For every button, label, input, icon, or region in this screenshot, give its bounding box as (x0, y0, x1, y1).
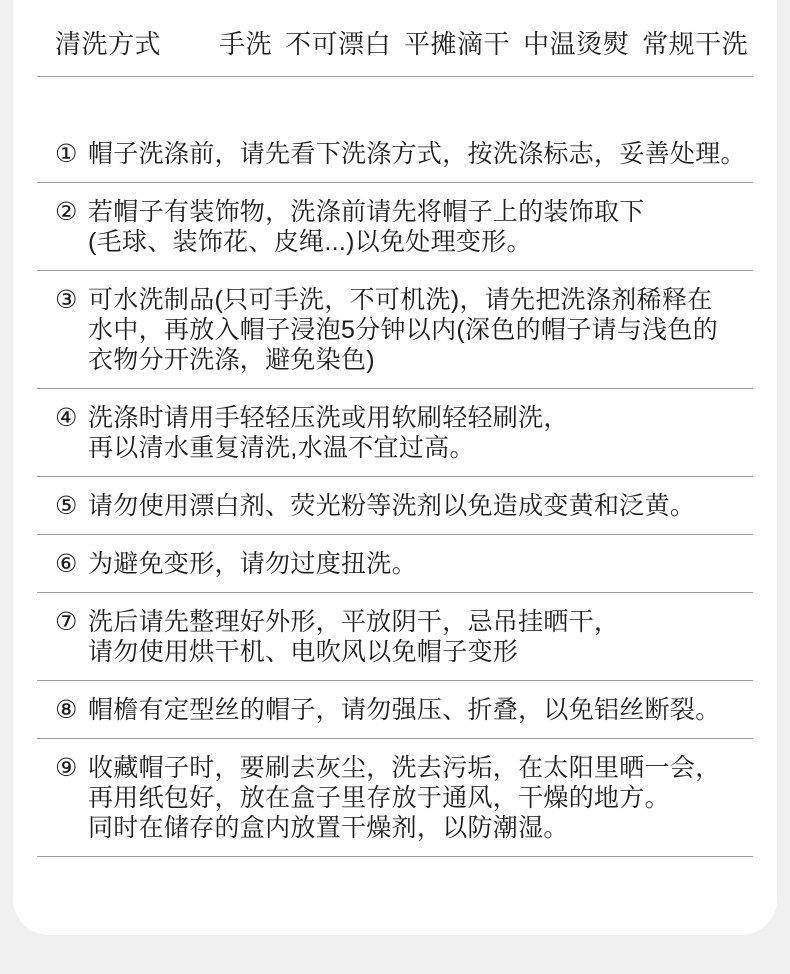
item-number-8: ⑧ (55, 695, 88, 725)
instruction-line: 收藏帽子时，要刷去灰尘，洗去污垢，在太阳里晒一会， (88, 753, 753, 783)
instruction-item-3: ③ 可水洗制品(只可手洗，不可机洗)，请先把洗涤剂稀释在 水中，再放入帽子浸泡5… (37, 271, 753, 389)
instruction-line: 洗涤时请用手轻轻压洗或用软刷轻轻刷洗， (88, 403, 753, 433)
instruction-line: (毛球、装饰花、皮绳...)以免处理变形。 (88, 227, 753, 257)
wash-method-tag: 手洗 (219, 26, 272, 62)
instruction-line: 帽檐有定型丝的帽子，请勿强压、折叠，以免铝丝断裂。 (88, 695, 753, 725)
instruction-item-4: ④ 洗涤时请用手轻轻压洗或用软刷轻轻刷洗， 再以清水重复清洗,水温不宜过高。 (37, 389, 753, 477)
instruction-line: 可水洗制品(只可手洗，不可机洗)，请先把洗涤剂稀释在 (88, 285, 753, 315)
item-text: 请勿使用漂白剂、荧光粉等洗剂以免造成变黄和泛黄。 (88, 491, 753, 521)
instruction-line: 再以清水重复清洗,水温不宜过高。 (88, 433, 753, 463)
instruction-line: 同时在储存的盒内放置干燥剂，以防潮湿。 (88, 813, 753, 843)
wash-method-tag: 不可漂白 (285, 26, 391, 62)
wash-method-tags: 手洗 不可漂白 平摊滴干 中温烫熨 常规干洗 (219, 26, 748, 62)
instruction-item-2: ② 若帽子有装饰物，洗涤前请先将帽子上的装饰取下 (毛球、装饰花、皮绳...)以… (37, 183, 753, 271)
instruction-item-8: ⑧ 帽檐有定型丝的帽子，请勿强压、折叠，以免铝丝断裂。 (37, 681, 753, 739)
item-text: 为避免变形，请勿过度扭洗。 (88, 549, 753, 579)
instruction-line: 水中，再放入帽子浸泡5分钟以内(深色的帽子请与浅色的 (88, 315, 753, 345)
wash-method-header: 清洗方式 手洗 不可漂白 平摊滴干 中温烫熨 常规干洗 (37, 0, 753, 62)
instruction-item-7: ⑦ 洗后请先整理好外形，平放阴干，忌吊挂晒干， 请勿使用烘干机、电吹风以免帽子变… (37, 593, 753, 681)
item-number-4: ④ (55, 403, 88, 433)
care-instructions-card: 清洗方式 手洗 不可漂白 平摊滴干 中温烫熨 常规干洗 ① 帽子洗涤前，请先看下… (13, 0, 777, 935)
item-text: 洗后请先整理好外形，平放阴干，忌吊挂晒干， 请勿使用烘干机、电吹风以免帽子变形 (88, 607, 753, 667)
card-inner: 清洗方式 手洗 不可漂白 平摊滴干 中温烫熨 常规干洗 ① 帽子洗涤前，请先看下… (13, 0, 777, 857)
item-number-6: ⑥ (55, 549, 88, 579)
item-text: 若帽子有装饰物，洗涤前请先将帽子上的装饰取下 (毛球、装饰花、皮绳...)以免处… (88, 197, 753, 257)
item-number-5: ⑤ (55, 491, 88, 521)
item-number-2: ② (55, 197, 88, 227)
wash-method-tag: 常规干洗 (642, 26, 748, 62)
wash-method-tag: 中温烫熨 (523, 26, 629, 62)
item-text: 帽子洗涤前，请先看下洗涤方式，按洗涤标志，妥善处理。 (88, 139, 753, 169)
item-text: 帽檐有定型丝的帽子，请勿强压、折叠，以免铝丝断裂。 (88, 695, 753, 725)
instruction-line: 洗后请先整理好外形，平放阴干，忌吊挂晒干， (88, 607, 753, 637)
item-number-9: ⑨ (55, 753, 88, 783)
instruction-item-6: ⑥ 为避免变形，请勿过度扭洗。 (37, 535, 753, 593)
instruction-line: 请勿使用烘干机、电吹风以免帽子变形 (88, 637, 753, 667)
instruction-line: 再用纸包好，放在盒子里存放于通风，干燥的地方。 (88, 783, 753, 813)
instruction-item-9: ⑨ 收藏帽子时，要刷去灰尘，洗去污垢，在太阳里晒一会， 再用纸包好，放在盒子里存… (37, 739, 753, 857)
instruction-item-1: ① 帽子洗涤前，请先看下洗涤方式，按洗涤标志，妥善处理。 (37, 77, 753, 183)
item-number-7: ⑦ (55, 607, 88, 637)
page: { "page": { "background_color": "#f0f0f1… (0, 0, 790, 974)
item-number-1: ① (55, 139, 88, 169)
wash-method-label: 清洗方式 (55, 26, 161, 62)
item-text: 收藏帽子时，要刷去灰尘，洗去污垢，在太阳里晒一会， 再用纸包好，放在盒子里存放于… (88, 753, 753, 843)
instruction-list: ① 帽子洗涤前，请先看下洗涤方式，按洗涤标志，妥善处理。 ② 若帽子有装饰物，洗… (37, 77, 753, 857)
item-text: 可水洗制品(只可手洗，不可机洗)，请先把洗涤剂稀释在 水中，再放入帽子浸泡5分钟… (88, 285, 753, 375)
item-number-3: ③ (55, 285, 88, 315)
instruction-line: 请勿使用漂白剂、荧光粉等洗剂以免造成变黄和泛黄。 (88, 491, 753, 521)
instruction-line: 为避免变形，请勿过度扭洗。 (88, 549, 753, 579)
wash-method-tag: 平摊滴干 (404, 26, 510, 62)
instruction-item-5: ⑤ 请勿使用漂白剂、荧光粉等洗剂以免造成变黄和泛黄。 (37, 477, 753, 535)
instruction-line: 衣物分开洗涤，避免染色) (88, 345, 753, 375)
instruction-line: 帽子洗涤前，请先看下洗涤方式，按洗涤标志，妥善处理。 (88, 139, 753, 169)
instruction-line: 若帽子有装饰物，洗涤前请先将帽子上的装饰取下 (88, 197, 753, 227)
item-text: 洗涤时请用手轻轻压洗或用软刷轻轻刷洗， 再以清水重复清洗,水温不宜过高。 (88, 403, 753, 463)
